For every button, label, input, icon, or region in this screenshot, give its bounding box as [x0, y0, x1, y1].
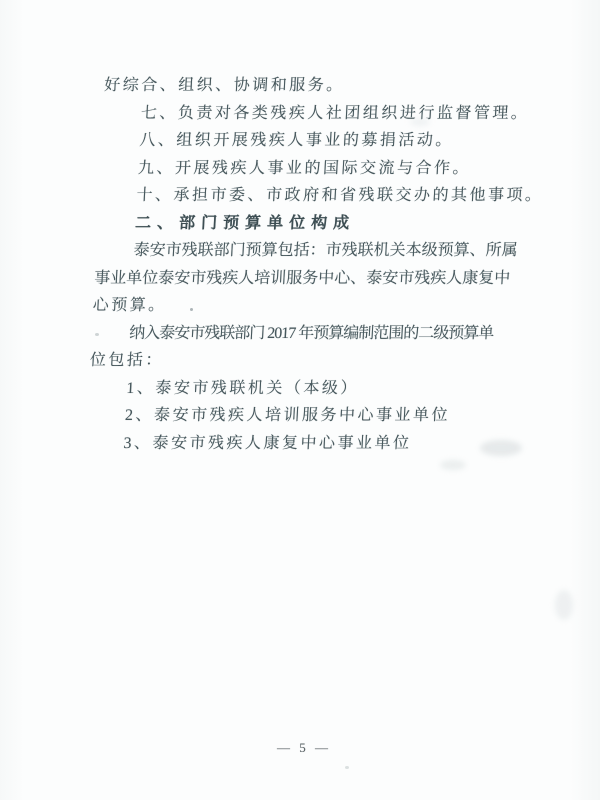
document-body: 好综合、组织、协调和服务。 七、负责对各类残疾人社团组织进行监督管理。 八、组织…: [85, 72, 527, 457]
scan-speck: [345, 766, 349, 769]
text-line: 好综合、组织、协调和服务。: [104, 72, 527, 100]
scanned-document-page: 好综合、组织、协调和服务。 七、负责对各类残疾人社团组织进行监督管理。 八、组织…: [0, 0, 600, 800]
paragraph-line: 纳入泰安市残联部门 2017 年预算编制范围的二级预算单: [91, 320, 514, 348]
scan-smudge: [555, 590, 573, 620]
text-line-item-10: 十、承担市委、市政府和省残联交办的其他事项。: [98, 182, 521, 210]
list-item-3: 3、泰安市残疾人康复中心事业单位: [85, 430, 508, 458]
page-number: — 5 —: [0, 740, 600, 756]
paragraph-line: 心预算。: [92, 292, 515, 320]
list-item-1: 1、泰安市残联机关（本级）: [88, 375, 511, 403]
section-heading: 二、部门预算单位构成: [96, 210, 519, 238]
list-item-2: 2、泰安市残疾人培训服务中心事业单位: [86, 402, 509, 430]
text-line-item-7: 七、负责对各类残疾人社团组织进行监督管理。: [102, 100, 525, 128]
paragraph-line: 位包括：: [89, 347, 512, 375]
text-line-item-8: 八、组织开展残疾人事业的募捐活动。: [101, 127, 524, 155]
paragraph-line: 泰安市残联部门预算包括：市残联机关本级预算、所属: [95, 237, 518, 265]
scan-smudge: [440, 460, 466, 470]
paragraph-line: 事业单位泰安市残疾人培训服务中心、泰安市残疾人康复中: [93, 265, 516, 293]
text-line-item-9: 九、开展残疾人事业的国际交流与合作。: [99, 155, 522, 183]
